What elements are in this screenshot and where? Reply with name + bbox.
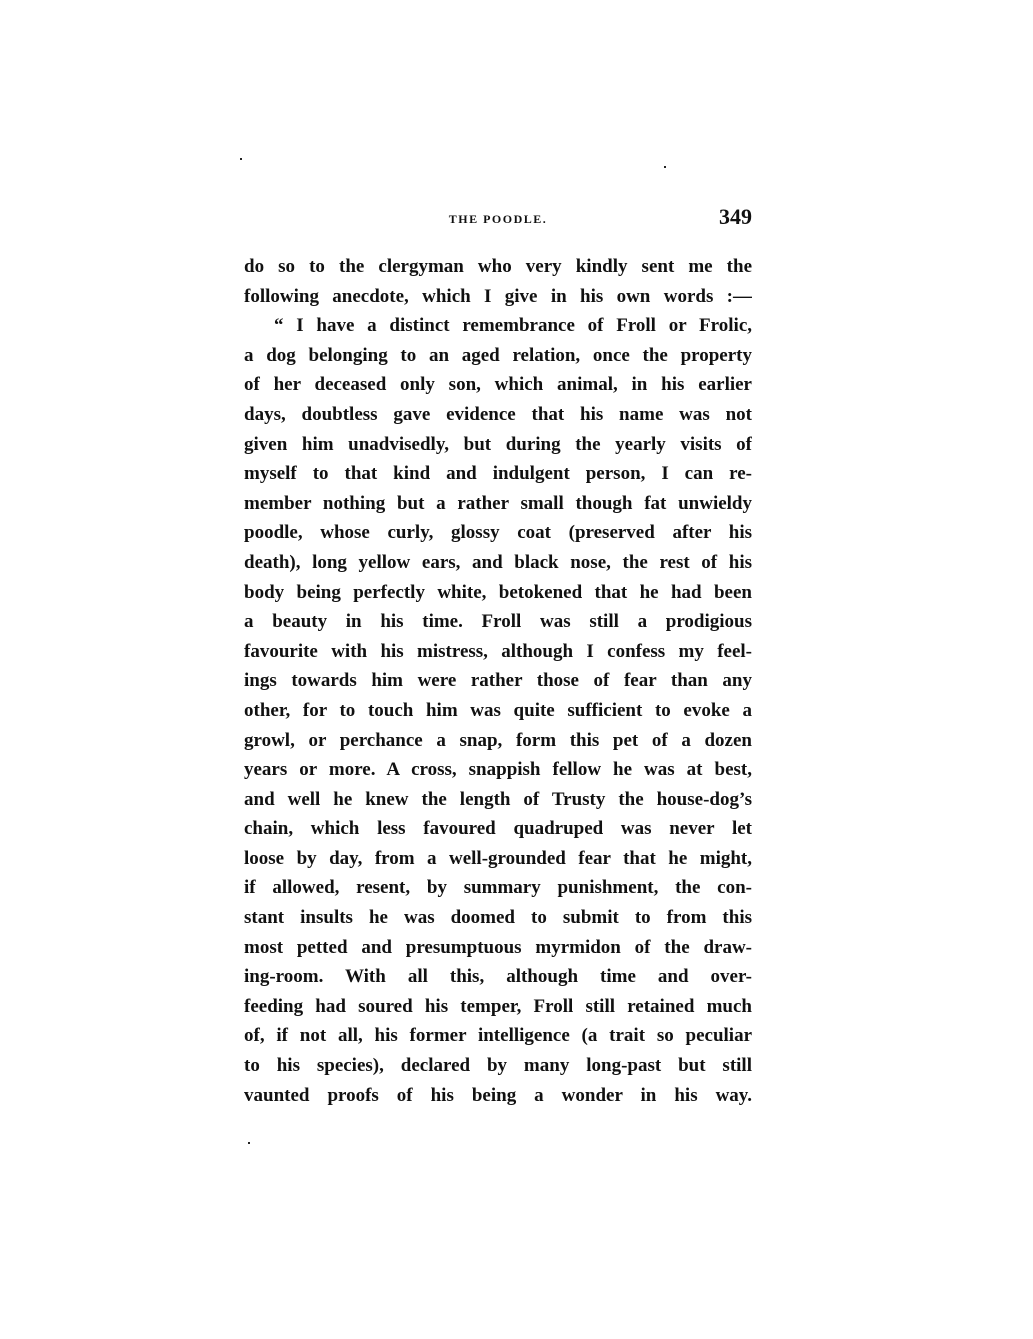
text-line: other, for to touch him was quite suffic… bbox=[244, 696, 752, 726]
text-line: ing-room. With all this, although time a… bbox=[244, 962, 752, 992]
text-line: member nothing but a rather small though… bbox=[244, 489, 752, 519]
text-line: death), long yellow ears, and black nose… bbox=[244, 548, 752, 578]
text-line: following anecdote, which I give in his … bbox=[244, 282, 752, 312]
text-line: feeding had soured his temper, Froll sti… bbox=[244, 992, 752, 1022]
text-line: a beauty in his time. Froll was still a … bbox=[244, 607, 752, 637]
text-line: of her deceased only son, which animal, … bbox=[244, 370, 752, 400]
text-line: poodle, whose curly, glossy coat (preser… bbox=[244, 518, 752, 548]
text-line: ings towards him were rather those of fe… bbox=[244, 666, 752, 696]
page-header: THE POODLE. 349 bbox=[244, 204, 752, 234]
text-line: days, doubtless gave evidence that his n… bbox=[244, 400, 752, 430]
text-line: if allowed, resent, by summary punishmen… bbox=[244, 873, 752, 903]
text-line: favourite with his mistress, although I … bbox=[244, 637, 752, 667]
text-line: body being perfectly white, betokened th… bbox=[244, 578, 752, 608]
scan-speck bbox=[248, 1142, 250, 1144]
text-line: most petted and presumptuous myrmidon of… bbox=[244, 933, 752, 963]
text-line: “ I have a distinct remembrance of Froll… bbox=[244, 311, 752, 341]
page-number: 349 bbox=[719, 204, 752, 230]
text-line: given him unadvisedly, but during the ye… bbox=[244, 430, 752, 460]
text-line: a dog belonging to an aged relation, onc… bbox=[244, 341, 752, 371]
scan-speck bbox=[240, 158, 242, 160]
text-line: to his species), declared by many long-p… bbox=[244, 1051, 752, 1081]
scan-speck bbox=[664, 166, 666, 168]
text-line: years or more. A cross, snappish fellow … bbox=[244, 755, 752, 785]
text-line: loose by day, from a well-grounded fear … bbox=[244, 844, 752, 874]
text-line: of, if not all, his former intelligence … bbox=[244, 1021, 752, 1051]
text-line: myself to that kind and indulgent person… bbox=[244, 459, 752, 489]
text-line: stant insults he was doomed to submit to… bbox=[244, 903, 752, 933]
text-line: vaunted proofs of his being a wonder in … bbox=[244, 1081, 752, 1111]
running-head: THE POODLE. bbox=[244, 212, 752, 227]
text-line: growl, or perchance a snap, form this pe… bbox=[244, 726, 752, 756]
body-text: do so to the clergyman who very kindly s… bbox=[244, 252, 752, 1110]
text-line: chain, which less favoured quadruped was… bbox=[244, 814, 752, 844]
text-line: and well he knew the length of Trusty th… bbox=[244, 785, 752, 815]
text-line: do so to the clergyman who very kindly s… bbox=[244, 252, 752, 282]
